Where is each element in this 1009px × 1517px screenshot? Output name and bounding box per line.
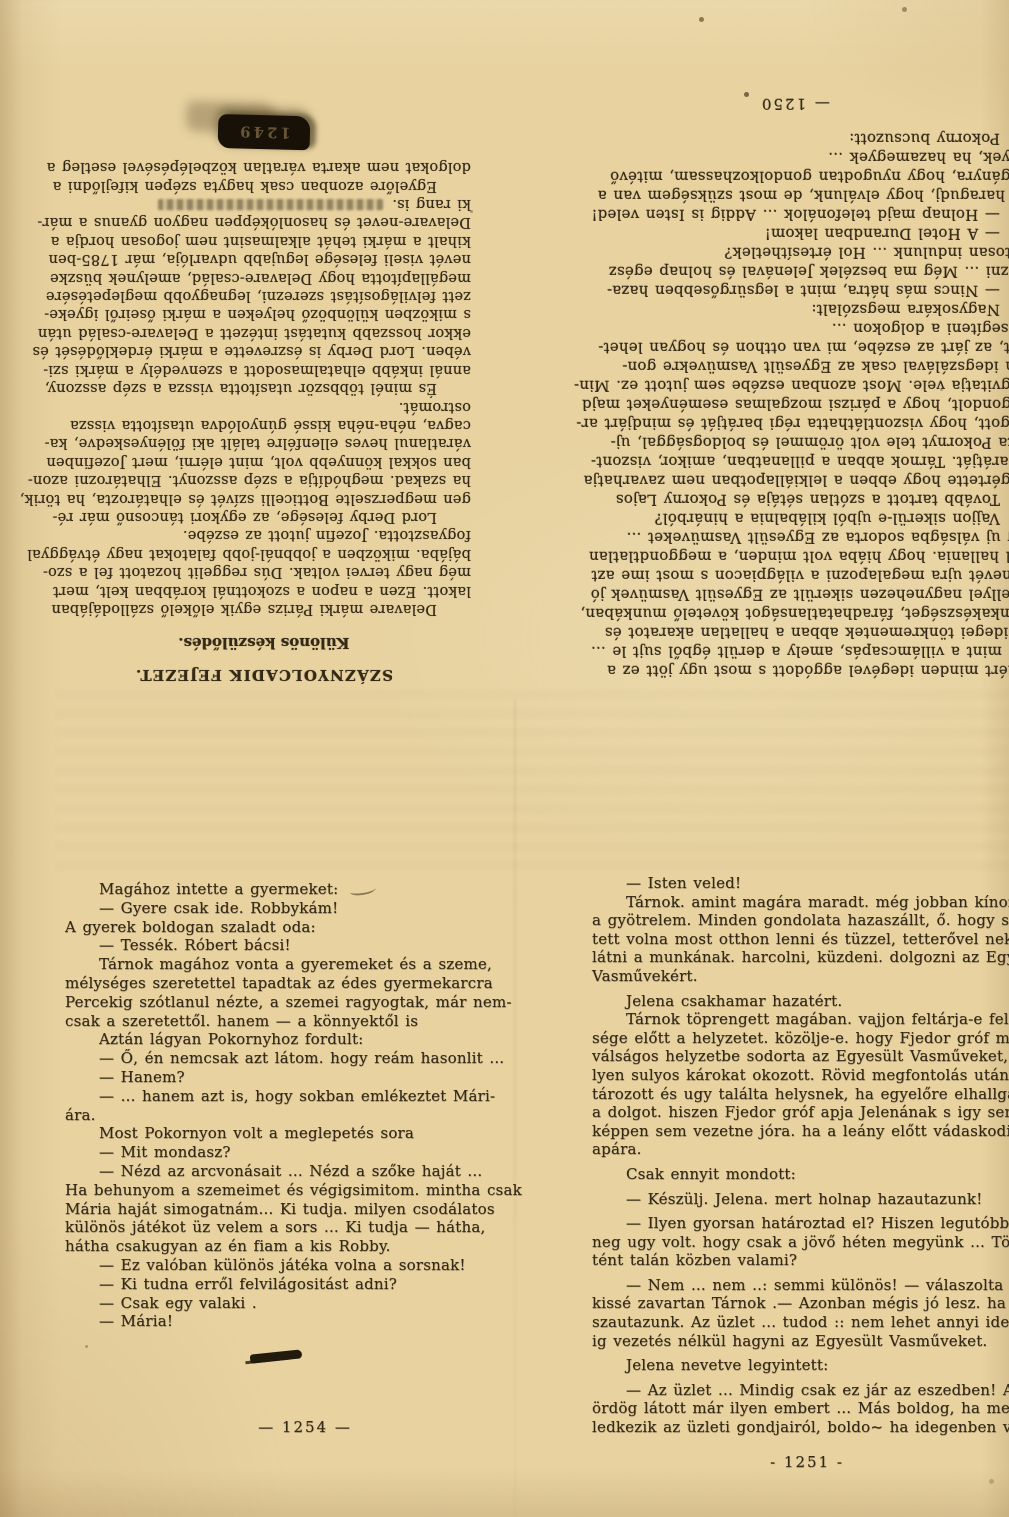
text-line: A gyerek boldogan szaladt oda: — [65, 918, 510, 937]
text-line: ára. — [65, 1106, 510, 1125]
text-line: különös játékot üz velem a sors ... Ki t… — [65, 1218, 510, 1237]
text-line: — Nincs más hátra, mint a legsürgősebben… — [556, 281, 1009, 300]
text-line: megállapította hogy Delavare-család, ame… — [57, 268, 471, 286]
chapter-subtitle: Különös készülődés. — [57, 634, 471, 652]
text-line: kissé zavartan Tárnok .— Azonban mégis j… — [592, 1294, 1009, 1313]
text-line: dolgokat nem akarta váratlan közbelépésé… — [57, 158, 471, 176]
text-line: ördög látott már ilyen embert ... Más bo… — [592, 1399, 1009, 1418]
text-line: a dolgot. hiszen Fjedor gróf apja Jelená… — [592, 1103, 1009, 1122]
text-line: a gyötrelem. Minden gondolata hazaszállt… — [592, 911, 1009, 930]
text-line: ha szakad. meghódítja a szép asszonyt. E… — [57, 471, 471, 489]
text-line: redért minden idegével aggódott s most u… — [556, 661, 1009, 680]
text-line: Egyelőre azonban csak hagyta szépen kife… — [57, 176, 471, 194]
page-1254-text: Magához intette a gyermeket:— Gyere csak… — [65, 880, 510, 1331]
text-line: hír, mint a villámcsapás, amely a derült… — [556, 642, 1009, 661]
text-line: Tovább tartott a szótlan sétája és Pokor… — [556, 490, 1009, 509]
text-line: váratlanul heves ellenfélre talált aki f… — [57, 434, 471, 452]
text-line: — Gyere csak ide. Robbykám! — [65, 899, 510, 918]
text-line: den idegszálával csak az Egyesült Vasmüv… — [556, 357, 1009, 376]
text-line: — Nem ... nem ..: semmi különös! — válas… — [592, 1276, 1009, 1295]
text-line: dolt, az járt az eszébe, mi van otthon é… — [556, 338, 1009, 357]
text-line: ki rang is. — [57, 195, 471, 213]
paper-specks — [0, 0, 3, 3]
text-line: hirnevét ujra megalapozni a világpiacon … — [556, 566, 1009, 585]
text-line: cagva, néha-néha kissé gúnyolódva utasít… — [57, 416, 471, 434]
text-line: ne segíteni a dolgokon ... — [556, 319, 1009, 338]
text-line: Percekig szótlanul nézte, a szemei ragyo… — [65, 993, 510, 1012]
text-line: szautazunk. Az üzlet ... tudod :: nem le… — [592, 1313, 1009, 1332]
text-line: ság uj válságba sodorta az Egyesült Vasm… — [556, 528, 1009, 547]
text-line: legyek, ha hazamegyek ... — [556, 148, 1009, 167]
text-line: válságos helyzetbe sodorta az Egyesült V… — [592, 1047, 1009, 1066]
text-line: kihalt a márki tehát alkalmasint nem jog… — [57, 232, 471, 250]
text-line: Pokorny bucsuzott: — [556, 129, 1009, 148]
text-line: — Ilyen gyorsan határoztad el? Hiszen le… — [592, 1214, 1009, 1233]
text-line: ekkor hosszabb kutatást intézett a Delav… — [57, 324, 471, 342]
page-1249-text: Delavare márki Párizs egyik előkelő szál… — [57, 158, 471, 618]
text-line: — Készülj. Jelena. mert holnap hazautazu… — [592, 1190, 1009, 1209]
text-line: — Csak egy valaki . — [65, 1294, 510, 1313]
page-1251: — Isten veled!Tárnok. amint magára marad… — [592, 874, 1009, 1471]
text-line: — Isten veled! — [592, 874, 1009, 893]
text-line: — Mária! — [65, 1312, 510, 1331]
page-1250-rotated: redért minden idegével aggódott s most u… — [556, 95, 1009, 680]
text-line: És minél többször utasította vissza a sz… — [57, 379, 471, 397]
text-line: mélységes szeretettel tapadtak az édes g… — [65, 974, 510, 993]
text-line: Jelena nevetve legyintett: — [592, 1356, 1009, 1375]
text-line: — Mit mondasz? — [65, 1143, 510, 1162]
text-line: annál inkább elhatalmasodott a szenvedél… — [57, 360, 471, 378]
text-line: munkakészséget, fáradhatatlanságot követ… — [556, 604, 1009, 623]
ink-dash-mark — [250, 1349, 303, 1363]
text-line: fogyasztotta. Jozefin jutott az eszébe. — [57, 526, 471, 544]
text-line: — Nézd az arcvonásait ... Nézd a szőke h… — [65, 1162, 510, 1181]
text-line: tett volna most otthon lenni és tüzzel, … — [592, 930, 1009, 949]
text-line: Tárnok. amint magára maradt. még jobban … — [592, 893, 1009, 912]
text-line: apára. — [592, 1140, 1009, 1159]
text-line: a barátját. Tárnok abban a pillanatban, … — [556, 452, 1009, 471]
page-number-1254: — 1254 — — [205, 1418, 405, 1436]
page-1250-text: redért minden idegével aggódott s most u… — [556, 129, 1009, 680]
text-line: amellyel nagynehezen sikerült az Egyesül… — [556, 585, 1009, 604]
text-line: jongott, hogy viszontláthatta régi barát… — [556, 414, 1009, 433]
text-line: Az idegei tönkrementek abban a hallatlan… — [556, 623, 1009, 642]
text-line: ostromát. — [57, 397, 471, 415]
text-line: Aztán lágyan Pokornyhoz fordult: — [65, 1030, 510, 1049]
text-line: — Az üzlet ... Mindig csak ez jár az esz… — [592, 1381, 1009, 1400]
text-line: lyen sulyos károkat okozott. Rövid megfo… — [592, 1066, 1009, 1085]
page-1254: Magához intette a gyermeket:— Gyere csak… — [65, 880, 510, 1331]
text-line: Vajjon sikerül-e ujból kilábalnia a hiná… — [556, 509, 1009, 528]
page-number-1250: — 1250 — [556, 95, 1009, 113]
text-line: — A Hotel Durandban lakom! — [556, 224, 1009, 243]
text-line: hátha csakugyan az én fiam a kis Robby. — [65, 1237, 510, 1256]
scanned-book-page: { "page": { "paper_color": "#e7d2a0", "i… — [0, 0, 1009, 1517]
text-line: gen megperzselte Botticelli szívét és el… — [57, 489, 471, 507]
text-line: megvitatja vele. Most azonban eszébe sem… — [556, 376, 1009, 395]
text-line: Nagysokára megszólalt: — [556, 300, 1009, 319]
text-line: vében. Lord Derby is észrevette a márki … — [57, 342, 471, 360]
text-line: Ne haragudj, hogy elválunk, de most szük… — [556, 186, 1009, 205]
page-number-1249: 1249 — [237, 122, 291, 141]
text-line: Jelena csakhamar hazatért. — [592, 992, 1009, 1011]
text-line: látta Pokornyt tele volt örömmel és bold… — [556, 433, 1009, 452]
text-line: ledkezik az üzleti gondjairól, boldo~ ha… — [592, 1418, 1009, 1437]
text-line: lakott. Ezen a napon a szokottnál korább… — [57, 581, 471, 599]
text-line: — Hanem? — [65, 1068, 510, 1087]
text-line: kell hallania. hogy hiába volt minden, a… — [556, 547, 1009, 566]
paper-bleedthrough-texture — [55, 690, 1009, 880]
ink-blot: 1249 — [218, 114, 311, 150]
text-line: még nagy tervei voltak. Dús reggelit hoz… — [57, 563, 471, 581]
text-line: zett felvilágosítást szerezni, legnagyob… — [57, 287, 471, 305]
text-line: — Holnap majd telefonálok ... Addig is I… — [556, 205, 1009, 224]
text-line: Vasművekért. — [592, 967, 1009, 986]
text-line: megértette hogy ebben a lelkiállapotban … — [556, 471, 1009, 490]
text-line: Mária haját simogatnám... Ki tudja. mily… — [65, 1200, 510, 1219]
text-line: képpen sem vezetne jóra. ha a leány előt… — [592, 1122, 1009, 1141]
text-line: látni a munkának. harcolni, küzdeni. dol… — [592, 948, 1009, 967]
text-line: Tárnok töprengett magában. vajjon feltár… — [592, 1010, 1009, 1029]
text-line: Tárnok magához vonta a gyeremeket és a s… — [65, 955, 510, 974]
text-line: nevét viseli felesége legujabb udvarlója… — [57, 250, 471, 268]
text-line: Delavare márki Párizs egyik előkelő szál… — [57, 600, 471, 618]
text-line: ban sokkal könnyebb volt, mint elérni, m… — [57, 453, 471, 471]
text-line: tározott és ugy találta helysnek, ha egy… — [592, 1085, 1009, 1104]
crease-line — [514, 700, 516, 1517]
text-line: Ha behunyom a szemeimet és végigsimitom.… — [65, 1181, 510, 1200]
text-line: — Ki tudna erről felvilágositást adni? — [65, 1275, 510, 1294]
text-line: — Ez valóban különös játéka volna a sors… — [65, 1256, 510, 1275]
text-line: magányra, hogy nyugodtan gondolkozhassam… — [556, 167, 1009, 186]
text-line: Delavare-nevet és hasonlóképpen nagyon g… — [57, 213, 471, 231]
text-line: utazni ... Még ma beszélek Jelenával és … — [556, 262, 1009, 281]
text-line: neg ugy volt. hogy csak a jövő héten meg… — [592, 1233, 1009, 1252]
text-line: Magához intette a gyermeket: — [65, 880, 510, 899]
text-line: Lord Derby felesége, az egykori táncosnő… — [57, 508, 471, 526]
text-line: Csak ennyit mondott: — [592, 1165, 1009, 1184]
text-line: ra gondolt, hogy a párizsi mozgalmas ese… — [556, 395, 1009, 414]
text-line: bájába. miközben a jobbnál-jobb falatoka… — [57, 545, 471, 563]
pen-squiggle-mark — [350, 884, 377, 897]
page-1249-rotated: SZÁZNYOLCADIK FEJEZET. Különös készülődé… — [57, 115, 471, 684]
text-line: csak a szeretettől. hanem — a könnyektől… — [65, 1012, 510, 1031]
text-line: Most Pokornyon volt a meglepetés sora — [65, 1124, 510, 1143]
text-line: sége előtt a helyzetet. közölje-e. hogy … — [592, 1029, 1009, 1048]
text-line: — Ő, én nemcsak azt látom. hogy reám has… — [65, 1049, 510, 1068]
text-line: — Tessék. Róbert bácsi! — [65, 936, 510, 955]
page-1251-text: — Isten veled!Tárnok. amint magára marad… — [592, 874, 1009, 1437]
text-line: s miközben különböző helyeken a márki ős… — [57, 305, 471, 323]
text-line: ig vezetés nélkül hagyni az Egyesült Vas… — [592, 1332, 1009, 1351]
text-line: biztosan indulunk ... Hol értesíthetlek? — [556, 243, 1009, 262]
chapter-heading: SZÁZNYOLCADIK FEJEZET. — [57, 666, 471, 684]
text-line: — ... hanem azt is, hogy sokban emlékezt… — [65, 1087, 510, 1106]
smudge-mark — [158, 199, 383, 210]
page-number-1251: - 1251 - — [592, 1453, 1009, 1471]
text-line: tént talán közben valami? — [592, 1251, 1009, 1270]
